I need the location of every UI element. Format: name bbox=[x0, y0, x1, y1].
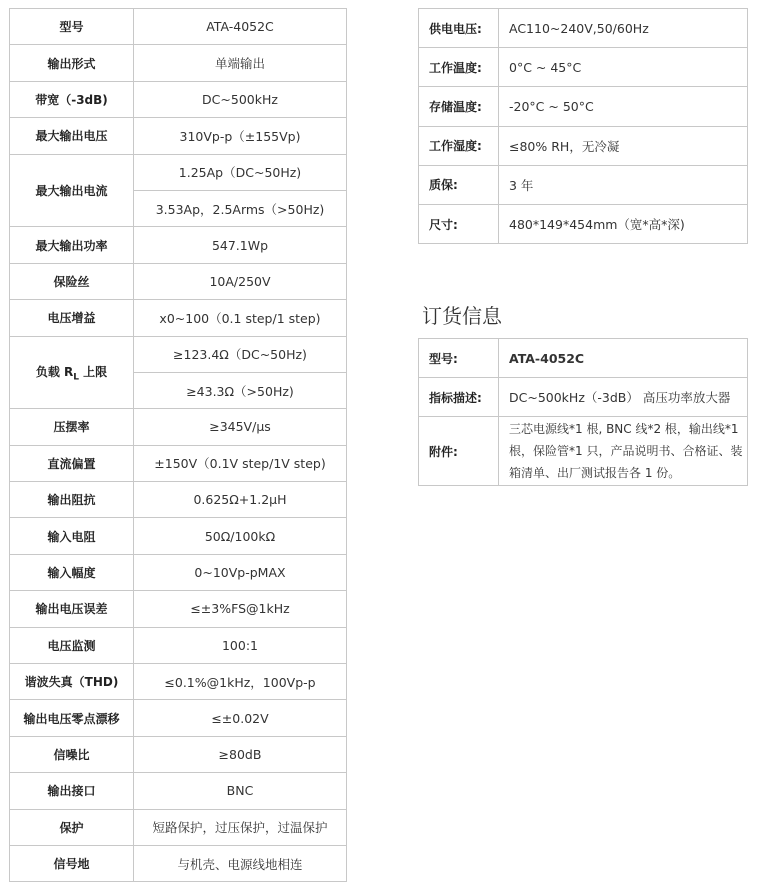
spec-value: x0~100（0.1 step/1 step) bbox=[134, 300, 347, 336]
spec-label: 信号地 bbox=[10, 845, 134, 881]
spec-value: ≤0.1%@1kHz，100Vp-p bbox=[134, 664, 347, 700]
table-row: 保护 短路保护，过压保护，过温保护 bbox=[10, 809, 347, 845]
spec-value: 10A/250V bbox=[134, 263, 347, 299]
spec-label: 最大输出电压 bbox=[10, 118, 134, 154]
spec-value: 短路保护，过压保护，过温保护 bbox=[134, 809, 347, 845]
table-row: 电压监测 100:1 bbox=[10, 627, 347, 663]
spec-label: 电压监测 bbox=[10, 627, 134, 663]
table-row: 信噪比 ≥80dB bbox=[10, 736, 347, 772]
env-label: 存储温度: bbox=[419, 87, 499, 126]
spec-label: 输入电阻 bbox=[10, 518, 134, 554]
env-label: 工作湿度: bbox=[419, 126, 499, 165]
table-row: 最大输出功率 547.1Wp bbox=[10, 227, 347, 263]
spec-label: 直流偏置 bbox=[10, 445, 134, 481]
table-row: 输出形式 单端输出 bbox=[10, 45, 347, 81]
spec-label: 压摆率 bbox=[10, 409, 134, 445]
env-value: AC110~240V,50/60Hz bbox=[499, 9, 748, 48]
spec-value: ≤±0.02V bbox=[134, 700, 347, 736]
spec-value: 与机壳、电源线地相连 bbox=[134, 845, 347, 881]
env-value: ≤80% RH，无冷凝 bbox=[499, 126, 748, 165]
order-value-accessories: 三芯电源线*1 根, BNC 线*2 根，输出线*1 根，保险管*1 只，产品说… bbox=[499, 417, 748, 486]
spec-label: 电压增益 bbox=[10, 300, 134, 336]
table-row: 最大输出电压 310Vp-p（±155Vp) bbox=[10, 118, 347, 154]
env-value: 0°C ~ 45°C bbox=[499, 48, 748, 87]
table-row: 直流偏置 ±150V（0.1V step/1V step) bbox=[10, 445, 347, 481]
table-row: 指标描述: DC~500kHz（-3dB） 高压功率放大器 bbox=[419, 378, 748, 417]
order-info-table: 型号: ATA-4052C 指标描述: DC~500kHz（-3dB） 高压功率… bbox=[418, 338, 748, 486]
table-row: 输出接口 BNC bbox=[10, 773, 347, 809]
env-value: 480*149*454mm（宽*高*深) bbox=[499, 204, 748, 243]
table-row: 谐波失真（THD) ≤0.1%@1kHz，100Vp-p bbox=[10, 664, 347, 700]
spec-value: ≥345V/μs bbox=[134, 409, 347, 445]
table-row: 存储温度: -20°C ~ 50°C bbox=[419, 87, 748, 126]
spec-value: ≥123.4Ω（DC~50Hz) bbox=[134, 336, 347, 372]
spec-label: 带宽（-3dB) bbox=[10, 81, 134, 117]
table-row: 工作湿度: ≤80% RH，无冷凝 bbox=[419, 126, 748, 165]
spec-value: 0~10Vp-pMAX bbox=[134, 554, 347, 590]
spec-value: 单端输出 bbox=[134, 45, 347, 81]
env-value: -20°C ~ 50°C bbox=[499, 87, 748, 126]
order-value-model: ATA-4052C bbox=[499, 339, 748, 378]
spec-label-load-rl: 负载 RL 上限 bbox=[10, 336, 134, 409]
spec-label: 保护 bbox=[10, 809, 134, 845]
env-value: 3 年 bbox=[499, 165, 748, 204]
table-row: 保险丝 10A/250V bbox=[10, 263, 347, 299]
spec-table: 型号 ATA-4052C 输出形式 单端输出 带宽（-3dB) DC~500kH… bbox=[9, 8, 347, 882]
table-row: 工作温度: 0°C ~ 45°C bbox=[419, 48, 748, 87]
spec-value: 100:1 bbox=[134, 627, 347, 663]
order-label: 指标描述: bbox=[419, 378, 499, 417]
order-value: DC~500kHz（-3dB） 高压功率放大器 bbox=[499, 378, 748, 417]
table-row: 输入电阻 50Ω/100kΩ bbox=[10, 518, 347, 554]
spec-value: 310Vp-p（±155Vp) bbox=[134, 118, 347, 154]
spec-label: 输入幅度 bbox=[10, 554, 134, 590]
spec-label: 谐波失真（THD) bbox=[10, 664, 134, 700]
table-row: 带宽（-3dB) DC~500kHz bbox=[10, 81, 347, 117]
table-row: 输入幅度 0~10Vp-pMAX bbox=[10, 554, 347, 590]
spec-label: 输出形式 bbox=[10, 45, 134, 81]
spec-value: ATA-4052C bbox=[134, 9, 347, 45]
table-row: 附件: 三芯电源线*1 根, BNC 线*2 根，输出线*1 根，保险管*1 只… bbox=[419, 417, 748, 486]
env-label: 质保: bbox=[419, 165, 499, 204]
spec-label: 型号 bbox=[10, 9, 134, 45]
table-row: 尺寸: 480*149*454mm（宽*高*深) bbox=[419, 204, 748, 243]
environment-table: 供电电压: AC110~240V,50/60Hz 工作温度: 0°C ~ 45°… bbox=[418, 8, 748, 244]
table-row: 型号 ATA-4052C bbox=[10, 9, 347, 45]
spec-value: DC~500kHz bbox=[134, 81, 347, 117]
spec-label: 输出电压误差 bbox=[10, 591, 134, 627]
spec-value: BNC bbox=[134, 773, 347, 809]
spec-value: 547.1Wp bbox=[134, 227, 347, 263]
spec-value: 3.53Ap，2.5Arms（>50Hz) bbox=[134, 190, 347, 226]
table-row: 压摆率 ≥345V/μs bbox=[10, 409, 347, 445]
spec-label: 信噪比 bbox=[10, 736, 134, 772]
spec-label: 输出接口 bbox=[10, 773, 134, 809]
env-label: 工作温度: bbox=[419, 48, 499, 87]
table-row: 最大输出电流 1.25Ap（DC~50Hz) bbox=[10, 154, 347, 190]
env-label: 尺寸: bbox=[419, 204, 499, 243]
order-info-heading: 订货信息 bbox=[422, 300, 502, 329]
spec-label: 保险丝 bbox=[10, 263, 134, 299]
spec-value: 0.625Ω+1.2μH bbox=[134, 482, 347, 518]
spec-label: 最大输出电流 bbox=[10, 154, 134, 227]
table-row: 输出阻抗 0.625Ω+1.2μH bbox=[10, 482, 347, 518]
spec-label: 输出阻抗 bbox=[10, 482, 134, 518]
spec-value: 50Ω/100kΩ bbox=[134, 518, 347, 554]
order-label: 附件: bbox=[419, 417, 499, 486]
table-row: 信号地 与机壳、电源线地相连 bbox=[10, 845, 347, 881]
spec-label: 输出电压零点漂移 bbox=[10, 700, 134, 736]
spec-label: 最大输出功率 bbox=[10, 227, 134, 263]
order-label: 型号: bbox=[419, 339, 499, 378]
table-row: 负载 RL 上限 ≥123.4Ω（DC~50Hz) bbox=[10, 336, 347, 372]
load-label-main: 负载 R bbox=[36, 365, 73, 379]
table-row: 供电电压: AC110~240V,50/60Hz bbox=[419, 9, 748, 48]
spec-value: ±150V（0.1V step/1V step) bbox=[134, 445, 347, 481]
spec-value: ≥80dB bbox=[134, 736, 347, 772]
env-label: 供电电压: bbox=[419, 9, 499, 48]
spec-value: 1.25Ap（DC~50Hz) bbox=[134, 154, 347, 190]
table-row: 输出电压零点漂移 ≤±0.02V bbox=[10, 700, 347, 736]
spec-value: ≥43.3Ω（>50Hz) bbox=[134, 372, 347, 408]
table-row: 电压增益 x0~100（0.1 step/1 step) bbox=[10, 300, 347, 336]
load-label-tail: 上限 bbox=[79, 365, 107, 379]
table-row: 质保: 3 年 bbox=[419, 165, 748, 204]
spec-value: ≤±3%FS@1kHz bbox=[134, 591, 347, 627]
table-row: 输出电压误差 ≤±3%FS@1kHz bbox=[10, 591, 347, 627]
table-row: 型号: ATA-4052C bbox=[419, 339, 748, 378]
